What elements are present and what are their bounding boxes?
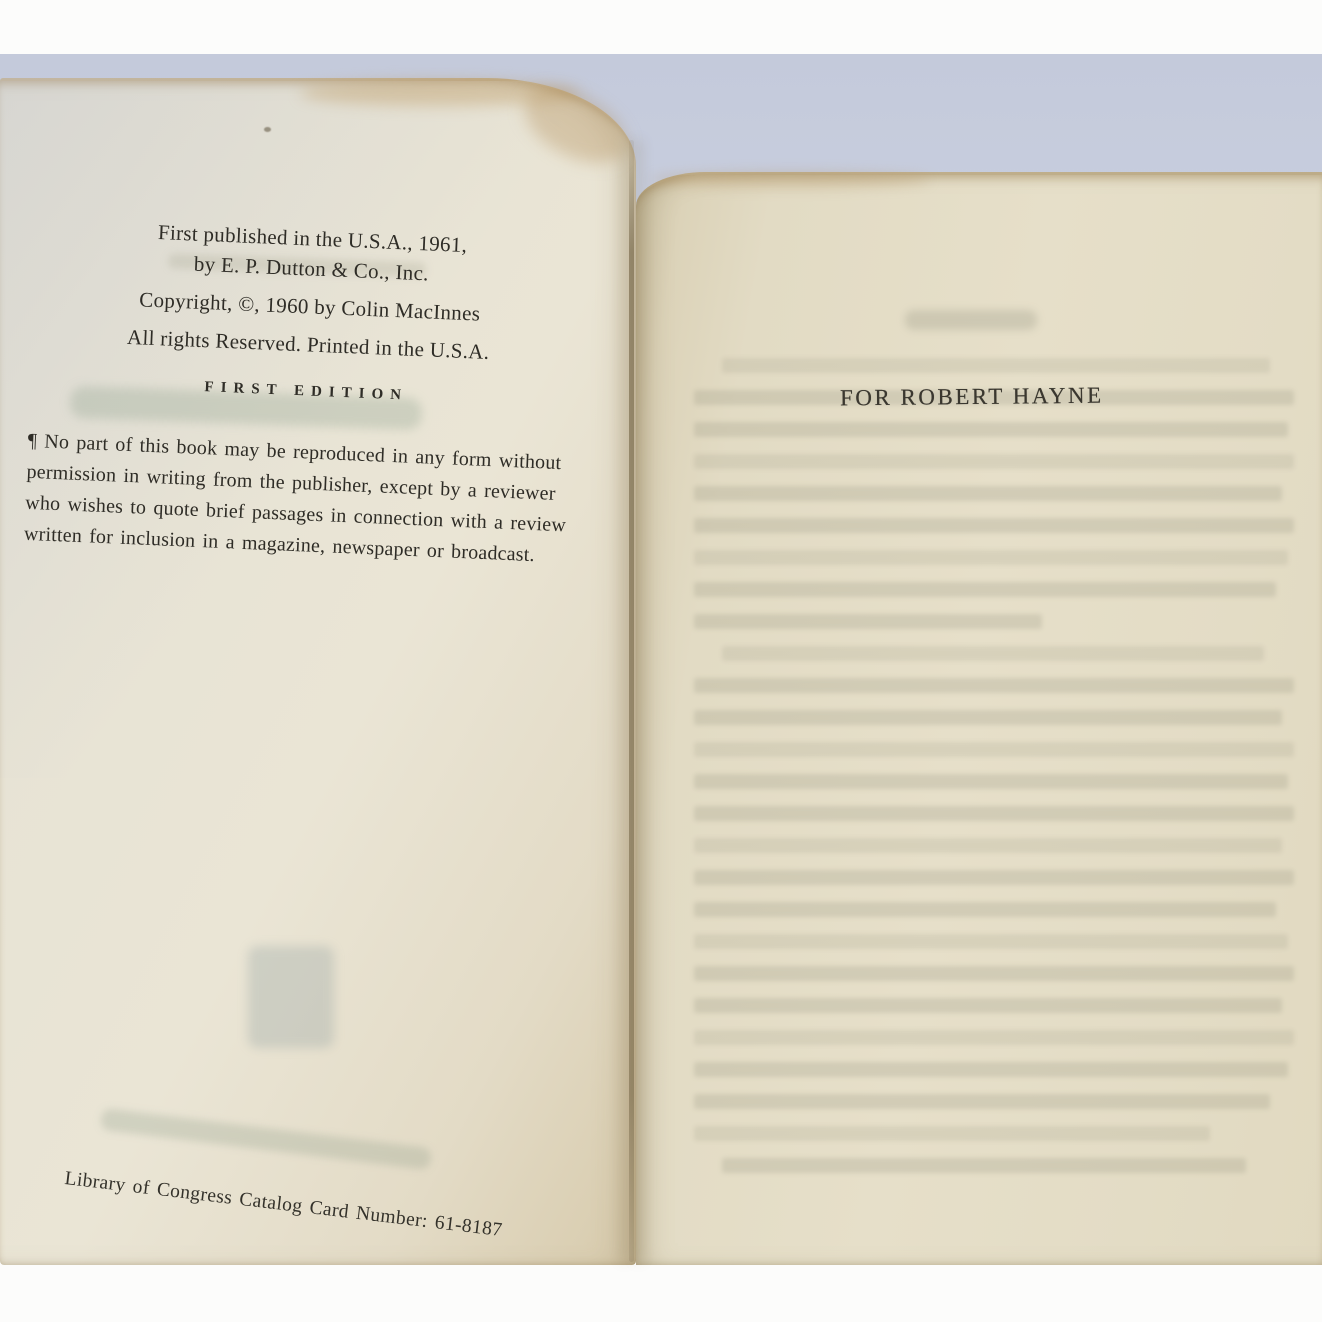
showthrough-text-line <box>722 358 1270 373</box>
showthrough-text-line <box>694 966 1294 981</box>
showthrough-text-line <box>694 1126 1210 1141</box>
book-gutter <box>629 140 634 1262</box>
showthrough-text-column <box>694 358 1294 1190</box>
showthrough-text-line <box>694 806 1294 821</box>
showthrough-text-line <box>694 1062 1288 1077</box>
showthrough-text-line <box>694 422 1288 437</box>
showthrough-text-line <box>694 1094 1270 1109</box>
showthrough-text-line <box>722 646 1264 661</box>
showthrough-text-line <box>694 902 1276 917</box>
edition-notice: FIRST EDITION <box>30 370 582 413</box>
showthrough-text-line <box>694 582 1276 597</box>
dedication-text: FOR ROBERT HAYNE <box>840 383 1104 412</box>
showthrough-text-line <box>694 454 1294 469</box>
showthrough-text-line <box>694 678 1294 693</box>
showthrough-text-line <box>694 486 1282 501</box>
permission-paragraph: ¶ No part of this book may be reproduced… <box>23 426 580 573</box>
showthrough-text-line <box>694 838 1282 853</box>
showthrough-text-line <box>694 998 1282 1013</box>
showthrough-text-line <box>694 614 1042 629</box>
copyright-page-text-block: First published in the U.S.A., 1961, by … <box>23 200 589 573</box>
book-photo: First published in the U.S.A., 1961, by … <box>0 0 1322 1322</box>
showthrough-text-line <box>694 710 1282 725</box>
showthrough-text-line <box>694 550 1288 565</box>
showthrough-text-line <box>694 742 1294 757</box>
showthrough-text-line <box>694 870 1294 885</box>
showthrough-text-line <box>694 518 1294 533</box>
showthrough-text-line <box>694 934 1288 949</box>
showthrough-text-line <box>694 1030 1294 1045</box>
showthrough-text-line <box>694 774 1288 789</box>
showthrough-text-line <box>722 1158 1246 1173</box>
